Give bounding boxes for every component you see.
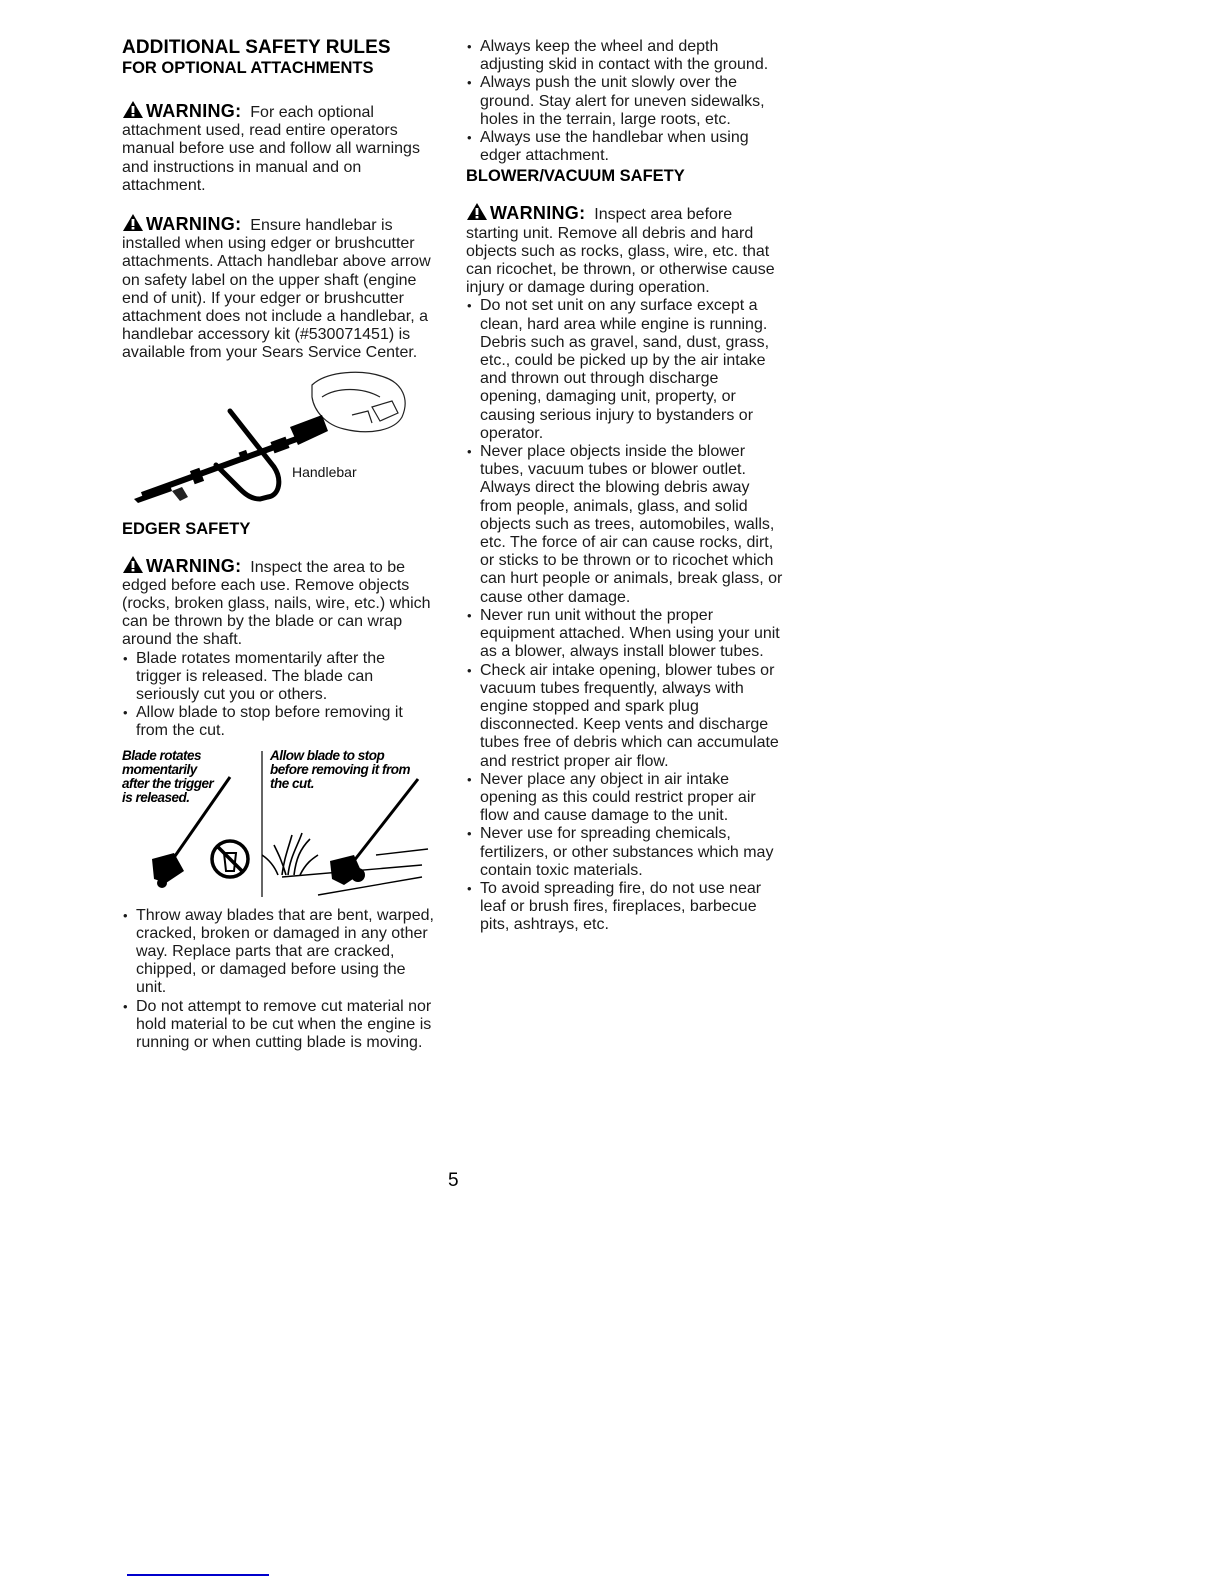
warning-triangle-icon [122, 100, 144, 119]
handlebar-figure: Handlebar [122, 367, 434, 517]
list-item: Never place objects inside the blower tu… [466, 443, 784, 607]
trimmer-handlebar-illustration: Handlebar [122, 367, 434, 517]
edger-bullets-c: Always keep the wheel and depth adjustin… [466, 38, 784, 165]
footer-link-underline[interactable] [127, 1574, 269, 1576]
warning-text: Ensure handlebar is installed when using… [122, 217, 431, 361]
list-item: Do not attempt to remove cut material no… [122, 998, 434, 1053]
warning-triangle-icon [122, 555, 144, 574]
blade-illustrations [122, 749, 434, 899]
warning-label: WARNING: [490, 203, 585, 223]
handlebar-label: Handlebar [292, 464, 357, 480]
warning-edger: WARNING: Inspect the area to be edged be… [122, 555, 434, 650]
right-column: Always keep the wheel and depth adjustin… [466, 38, 784, 935]
list-item: Always push the unit slowly over the gro… [466, 74, 784, 129]
edger-bullets-a: Blade rotates momentarily after the trig… [122, 650, 434, 741]
list-item: Throw away blades that are bent, warped,… [122, 907, 434, 998]
warning-blower: WARNING: Inspect area before starting un… [466, 202, 784, 297]
page-title: ADDITIONAL SAFETY RULES [122, 38, 434, 58]
blade-safety-figure: Blade rotates momentarily after the trig… [122, 749, 434, 899]
page-subtitle: FOR OPTIONAL ATTACHMENTS [122, 58, 434, 78]
list-item: Never run unit without the proper equipm… [466, 607, 784, 662]
warning-attachments: WARNING: For each optional attachment us… [122, 100, 434, 195]
list-item: Do not set unit on any surface except a … [466, 297, 784, 443]
list-item: To avoid spreading fire, do not use near… [466, 880, 784, 935]
list-item: Never use for spreading chemicals, ferti… [466, 825, 784, 880]
warning-label: WARNING: [146, 556, 241, 576]
edger-safety-heading: EDGER SAFETY [122, 519, 434, 539]
list-item: Check air intake opening, blower tubes o… [466, 662, 784, 771]
edger-bullets-b: Throw away blades that are bent, warped,… [122, 907, 434, 1053]
warning-triangle-icon [466, 202, 488, 221]
warning-label: WARNING: [146, 214, 241, 234]
warning-label: WARNING: [146, 101, 241, 121]
list-item: Always keep the wheel and depth adjustin… [466, 38, 784, 74]
blower-vacuum-safety-heading: BLOWER/VACUUM SAFETY [466, 166, 784, 186]
list-item: Blade rotates momentarily after the trig… [122, 650, 434, 705]
warning-triangle-icon [122, 213, 144, 232]
list-item: Never place any object in air intake ope… [466, 771, 784, 826]
list-item: Allow blade to stop before removing it f… [122, 704, 434, 740]
blower-bullets: Do not set unit on any surface except a … [466, 297, 784, 934]
left-column: ADDITIONAL SAFETY RULES FOR OPTIONAL ATT… [122, 38, 434, 1052]
list-item: Always use the handlebar when using edge… [466, 129, 784, 165]
page-number: 5 [448, 1170, 459, 1192]
warning-handlebar: WARNING: Ensure handlebar is installed w… [122, 213, 434, 363]
